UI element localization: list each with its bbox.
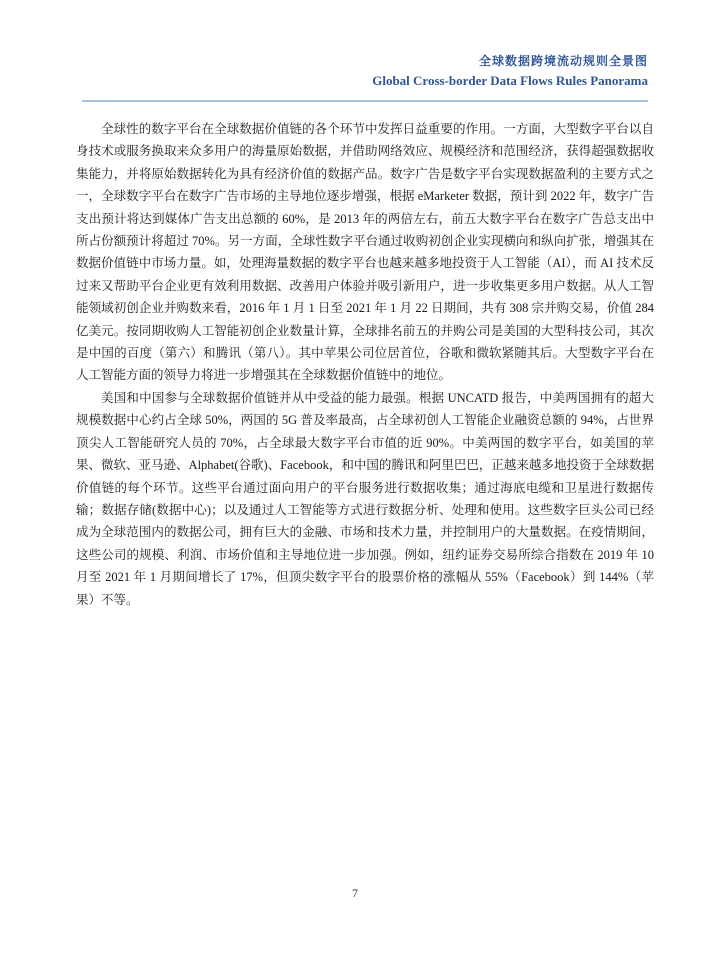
header-title-chinese: 全球数据跨境流动规则全景图 [82,52,648,70]
page-number: 7 [0,886,710,901]
paragraph-us-china: 美国和中国参与全球数据价值链并从中受益的能力最强。根据 UNCATD 报告，中美… [76,387,654,611]
header-title-english: Global Cross-border Data Flows Rules Pan… [82,70,648,92]
document-page: 全球数据跨境流动规则全景图 Global Cross-border Data F… [0,0,710,963]
paragraph-digital-platforms: 全球性的数字平台在全球数据价值链的各个环节中发挥日益重要的作用。一方面，大型数字… [76,118,654,387]
page-header: 全球数据跨境流动规则全景图 Global Cross-border Data F… [82,52,648,102]
document-body: 全球性的数字平台在全球数据价值链的各个环节中发挥日益重要的作用。一方面，大型数字… [76,118,654,611]
